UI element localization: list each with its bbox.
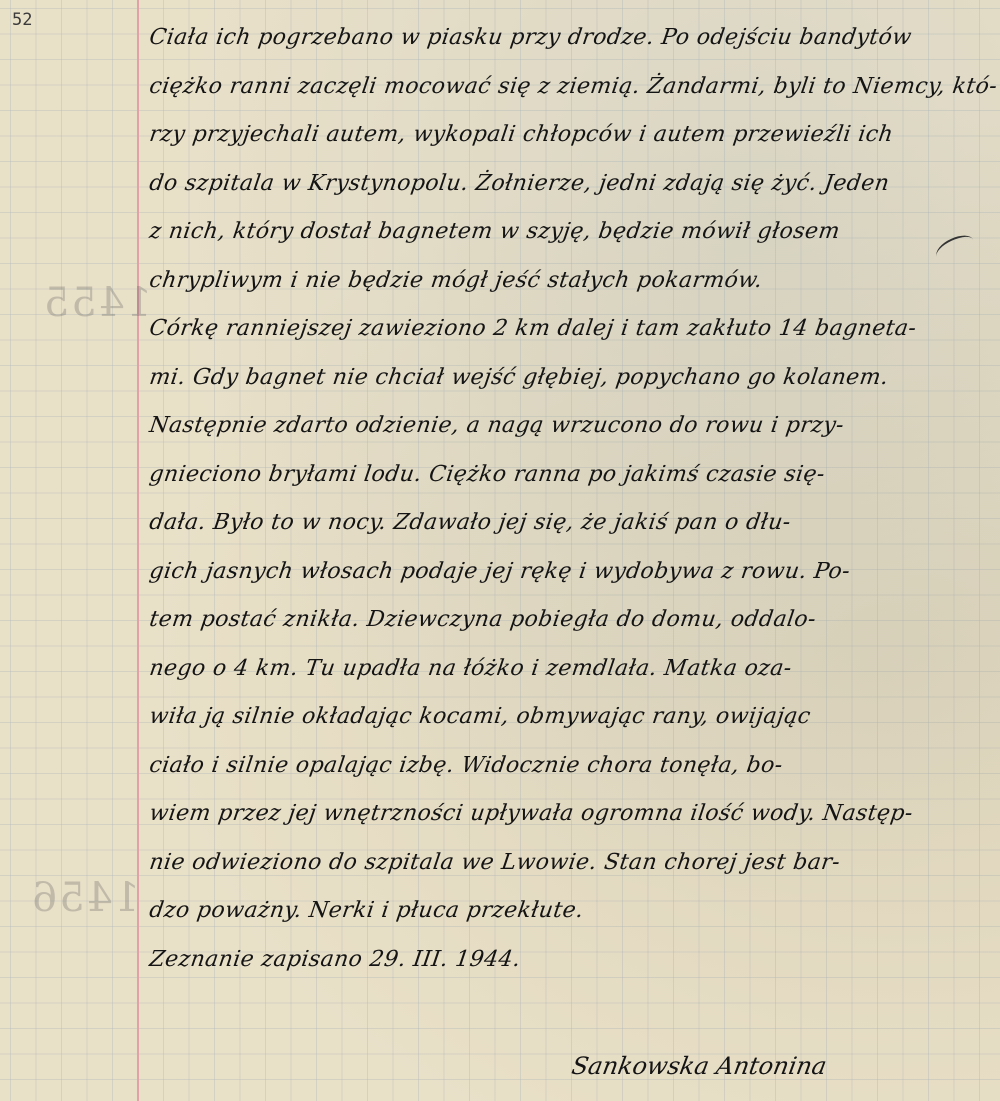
notebook-page: 52 1455 1456 Ciała ich pogrzebano w pias… xyxy=(0,0,1000,1101)
text-line: Ciała ich pogrzebano w piasku przy drodz… xyxy=(146,14,995,63)
handwritten-text-body: Ciała ich pogrzebano w piasku przy drodz… xyxy=(146,14,988,984)
text-line: do szpitala w Krystynopolu. Żołnierze, j… xyxy=(146,160,995,209)
text-line: Następnie zdarto odzienie, a nagą wrzuco… xyxy=(146,402,995,451)
red-margin-line xyxy=(137,0,139,1101)
text-line: gich jasnych włosach podaje jej rękę i w… xyxy=(146,548,995,597)
text-line: Córkę ranniejszej zawieziono 2 km dalej … xyxy=(146,305,995,354)
text-line: wiła ją silnie okładając kocami, obmywaj… xyxy=(146,693,995,742)
text-line: wiem przez jej wnętrzności upływała ogro… xyxy=(146,790,995,839)
text-line: ciężko ranni zaczęli mocować się z ziemi… xyxy=(146,63,995,112)
page-number: 52 xyxy=(12,10,32,30)
text-line: z nich, który dostał bagnetem w szyję, b… xyxy=(146,208,995,257)
text-line: tem postać znikła. Dziewczyna pobiegła d… xyxy=(146,596,995,645)
text-line: dała. Było to w nocy. Zdawało jej się, ż… xyxy=(146,499,995,548)
text-line: ciało i silnie opalając izbę. Widocznie … xyxy=(146,742,995,791)
bleed-through-number: 1456 xyxy=(30,875,140,921)
text-line: nie odwieziono do szpitala we Lwowie. St… xyxy=(146,839,995,888)
text-line: gnieciono bryłami lodu. Ciężko ranna po … xyxy=(146,451,995,500)
text-line: mi. Gdy bagnet nie chciał wejść głębiej,… xyxy=(146,354,995,403)
text-line: chrypliwym i nie będzie mógł jeść stałyc… xyxy=(146,257,995,306)
date-line: Zeznanie zapisano 29. III. 1944. xyxy=(146,936,995,985)
signature: Sankowska Antonina xyxy=(570,1052,829,1080)
text-line: nego o 4 km. Tu upadła na łóżko i zemdla… xyxy=(146,645,995,694)
text-line: dzo poważny. Nerki i płuca przekłute. xyxy=(146,887,995,936)
text-line: rzy przyjechali autem, wykopali chłopców… xyxy=(146,111,995,160)
bleed-through-number: 1455 xyxy=(42,280,152,326)
